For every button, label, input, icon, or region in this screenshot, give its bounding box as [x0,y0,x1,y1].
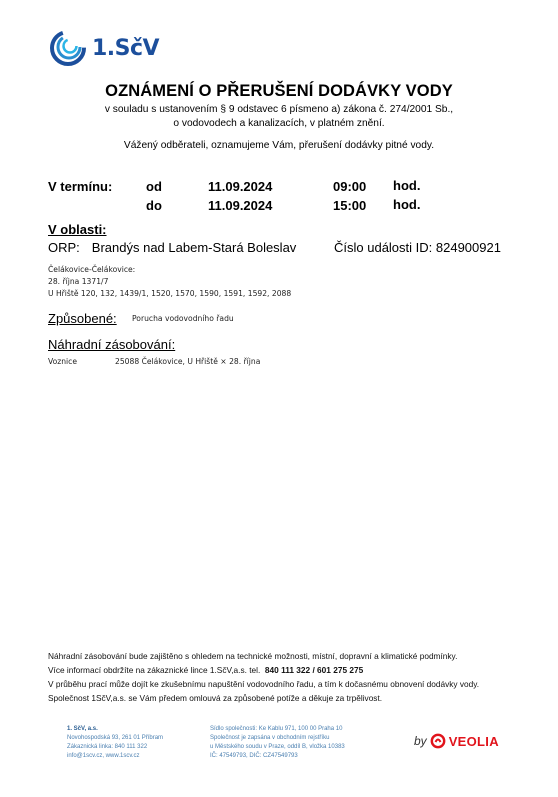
footer-note: V průběhu prací může dojít ke zkušebnímu… [48,679,479,689]
veolia-logo-icon [430,733,446,749]
footer-phones: 840 111 322 / 601 275 275 [265,665,363,675]
company-register: Společnost je zapsána v obchodním rejstř… [210,734,345,743]
supply-location: 25088 Čelákovice, U Hřiště × 28. října [115,357,260,366]
orp-value: Brandýs nad Labem-Stará Boleslav [92,240,297,255]
company-name: 1. SčV, a.s. [67,725,163,734]
orp-line: ORP:Brandýs nad Labem-Stará Boleslav [48,240,296,255]
footer-contact-text: Více informací obdržíte na zákaznické li… [48,665,260,675]
company-register-court: u Městského soudu v Praze, oddíl B, vlož… [210,743,345,752]
partner-name: VEOLIA [449,734,499,749]
partner-by: by [414,734,427,748]
term-from-time: 09:00 [333,179,366,194]
term-to-date: 11.09.2024 [208,198,272,213]
page-title: OZNÁMENÍ O PŘERUŠENÍ DODÁVKY VODY [0,82,558,101]
location-municipality: Čelákovice-Čelákovice: [48,265,135,274]
company-seat: Sídlo společnosti: Ke Kablu 971, 100 00 … [210,725,345,734]
footer-contact: Více informací obdržíte na zákaznické li… [48,665,363,675]
company-hotline: Zákaznická linka: 840 111 322 [67,743,163,752]
footer-note: Náhradní zásobování bude zajištěno s ohl… [48,651,457,661]
company-logo: 1.SčV [48,30,159,66]
logo-text: 1.SčV [92,36,159,61]
term-from-date: 11.09.2024 [208,179,272,194]
legal-reference: v souladu s ustanovením § 9 odstavec 6 p… [0,104,558,115]
term-to-prefix: do [146,198,162,213]
cause-value: Porucha vodovodního řadu [132,314,234,323]
term-from-prefix: od [146,179,162,194]
supply-heading: Náhradní zásobování: [48,337,175,352]
location-address: 28. října 1371/7 [48,277,108,286]
term-from-unit: hod. [393,178,420,193]
location-address: U Hřiště 120, 132, 1439/1, 1520, 1570, 1… [48,289,291,298]
company-ids: IČ: 47549793, DIČ: CZ47549793 [210,752,345,761]
partner-logo: by VEOLIA [414,733,499,749]
area-heading: V oblasti: [48,222,107,237]
company-address-block: 1. SčV, a.s. Novohospodská 93, 261 01 Př… [67,725,163,761]
company-register-block: Sídlo společnosti: Ke Kablu 971, 100 00 … [210,725,345,761]
greeting: Vážený odběrateli, oznamujeme Vám, přeru… [0,140,558,151]
orp-label: ORP: [48,240,80,255]
legal-reference-cont: o vodovodech a kanalizacích, v platném z… [0,118,558,129]
term-to-unit: hod. [393,197,420,212]
term-to-time: 15:00 [333,198,366,213]
company-contact: info@1scv.cz, www.1scv.cz [67,752,163,761]
cause-heading: Způsobené: [48,311,117,326]
company-address: Novohospodská 93, 261 01 Příbram [67,734,163,743]
footer-apology: Společnost 1SčV,a.s. se Vám předem omlou… [48,693,382,703]
swirl-logo-icon [48,29,88,67]
event-id: Číslo události ID: 824900921 [334,240,501,255]
term-label: V termínu: [48,179,112,194]
supply-type: Voznice [48,357,77,366]
